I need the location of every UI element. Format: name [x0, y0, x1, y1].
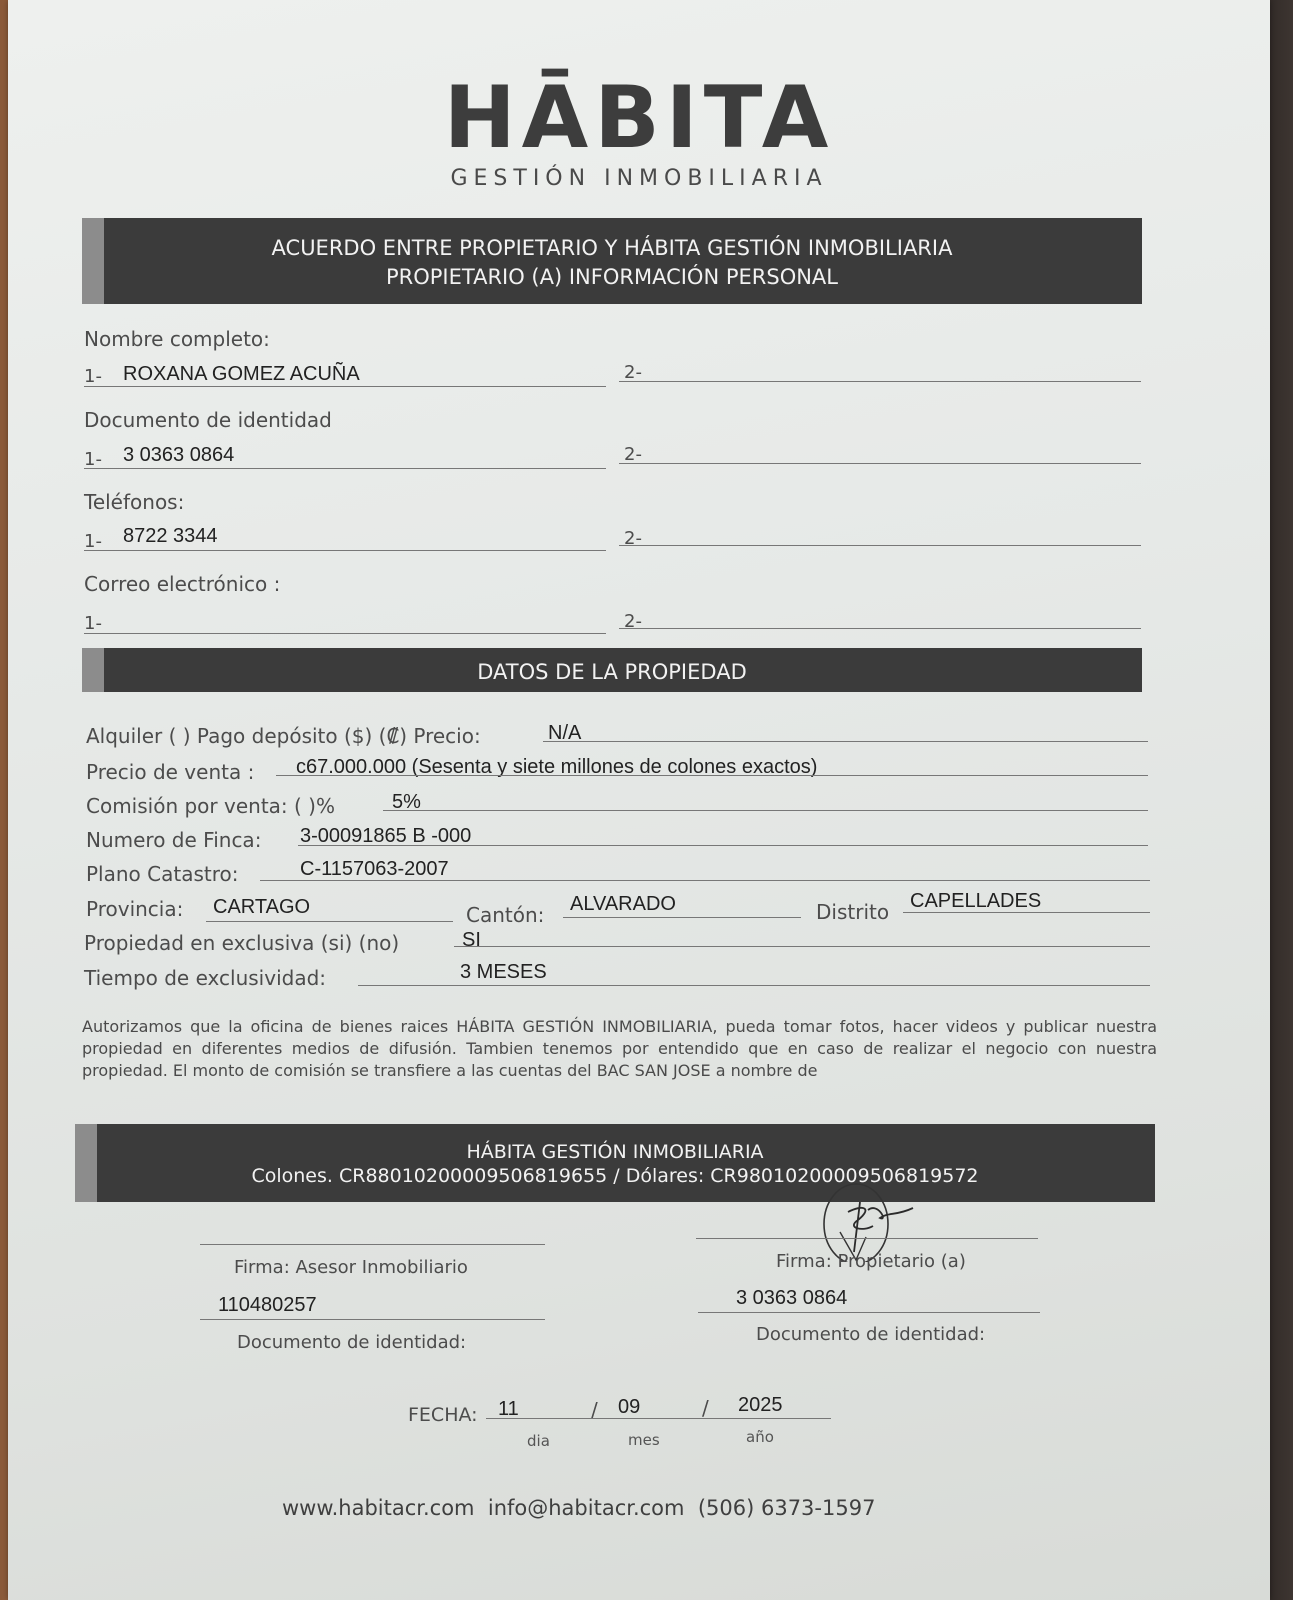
- agreement-header-band: ACUERDO ENTRE PROPIETARIO Y HÁBITA GESTI…: [82, 218, 1142, 304]
- finca-label: Numero de Finca:: [86, 828, 261, 852]
- logo-wordmark: HĀBITA: [8, 72, 1270, 164]
- id-label: Documento de identidad: [84, 408, 332, 432]
- full-name-label: Nombre completo:: [84, 327, 270, 351]
- property-data-band: DATOS DE LA PROPIEDAD: [82, 648, 1142, 692]
- rent-label: Alquiler ( ) Pago depósito ($) (₡) Preci…: [86, 724, 481, 748]
- date-month-field[interactable]: 09: [618, 1396, 640, 1419]
- owner-id-field[interactable]: 3 0363 0864: [736, 1287, 847, 1310]
- date-underline: [486, 1418, 831, 1419]
- bank-company-name: HÁBITA GESTIÓN INMOBILIARIA: [75, 1140, 1155, 1164]
- exclusive-time-field[interactable]: 3 MESES: [460, 961, 547, 984]
- id-1-prefix: 1-: [84, 449, 102, 470]
- footer-email-link[interactable]: info@habitacr.com: [488, 1496, 685, 1520]
- phone-1-prefix: 1-: [84, 531, 102, 552]
- email-2-underline: [619, 628, 1141, 629]
- owner-phone-1-field[interactable]: 8722 3344: [123, 525, 218, 548]
- year-caption: año: [746, 1428, 774, 1446]
- provincia-label: Provincia:: [86, 897, 183, 921]
- id-2-prefix: 2-: [624, 444, 642, 465]
- phone-1-underline: [84, 550, 606, 551]
- distrito-underline: [903, 912, 1150, 913]
- exclusive-field[interactable]: SI: [462, 929, 481, 952]
- day-caption: dia: [527, 1432, 550, 1450]
- plano-label: Plano Catastro:: [86, 862, 238, 886]
- phone-2-underline: [619, 545, 1141, 546]
- id-2-underline: [619, 463, 1141, 464]
- month-caption: mes: [628, 1431, 660, 1449]
- exclusive-underline: [454, 946, 1150, 947]
- email-label: Correo electrónico :: [84, 572, 280, 596]
- provincia-underline: [206, 921, 453, 922]
- agreement-title: ACUERDO ENTRE PROPIETARIO Y HÁBITA GESTI…: [82, 234, 1142, 263]
- plano-catastro-field[interactable]: C-1157063-2007: [300, 858, 449, 881]
- bank-accounts-band: HÁBITA GESTIÓN INMOBILIARIA Colones. CR8…: [75, 1124, 1155, 1202]
- document-page: HĀBITA GESTIÓN INMOBILIARIA ACUERDO ENTR…: [8, 0, 1270, 1600]
- name-2-prefix: 2-: [624, 362, 642, 383]
- footer-website-link[interactable]: www.habitacr.com: [282, 1496, 475, 1520]
- date-year-field[interactable]: 2025: [738, 1394, 783, 1417]
- advisor-signature-line[interactable]: [200, 1244, 545, 1245]
- canton-label: Cantón:: [466, 903, 544, 927]
- advisor-id-field[interactable]: 110480257: [218, 1294, 317, 1317]
- owner-signature-icon: [818, 1182, 928, 1262]
- owner-id-underline: [698, 1312, 1040, 1313]
- sale-price-label: Precio de venta :: [86, 760, 254, 784]
- authorization-paragraph: Autorizamos que la oficina de bienes rai…: [82, 1016, 1157, 1082]
- phones-label: Teléfonos:: [84, 490, 184, 514]
- logo-tagline: GESTIÓN INMOBILIARIA: [8, 166, 1270, 191]
- commission-underline: [383, 810, 1148, 811]
- exclusive-label: Propiedad en exclusiva (si) (no): [84, 931, 399, 955]
- email-1-underline: [84, 633, 606, 634]
- name-1-prefix: 1-: [84, 366, 102, 387]
- provincia-field[interactable]: CARTAGO: [213, 896, 310, 919]
- personal-info-title: PROPIETARIO (A) INFORMACIÓN PERSONAL: [82, 263, 1142, 292]
- finca-underline: [298, 845, 1148, 846]
- sale-price-underline: [276, 775, 1148, 776]
- date-label: FECHA:: [408, 1404, 478, 1426]
- exclusive-time-underline: [358, 985, 1150, 986]
- name-2-underline: [619, 381, 1141, 382]
- footer-phone: (506) 6373-1597: [698, 1496, 876, 1520]
- email-1-prefix: 1-: [84, 613, 102, 634]
- rent-underline: [543, 741, 1148, 742]
- advisor-id-label: Documento de identidad:: [237, 1332, 466, 1353]
- owner-signature-label: Firma: Propietario (a): [776, 1251, 966, 1272]
- owner-id-1-field[interactable]: 3 0363 0864: [123, 444, 234, 467]
- owner-name-1-field[interactable]: ROXANA GOMEZ ACUÑA: [123, 363, 360, 386]
- company-logo: HĀBITA GESTIÓN INMOBILIARIA: [8, 72, 1270, 191]
- commission-label: Comisión por venta: ( )%: [86, 794, 335, 818]
- date-sep-2: /: [702, 1396, 709, 1420]
- owner-signature-line[interactable]: [696, 1238, 1038, 1239]
- distrito-field[interactable]: CAPELLADES: [910, 890, 1041, 913]
- bank-account-numbers: Colones. CR88010200009506819655 / Dólare…: [75, 1164, 1155, 1188]
- name-1-underline: [84, 386, 606, 387]
- distrito-label: Distrito: [816, 900, 889, 924]
- id-1-underline: [84, 468, 606, 469]
- advisor-signature-label: Firma: Asesor Inmobiliario: [234, 1257, 468, 1278]
- canton-underline: [563, 917, 801, 918]
- plano-underline: [260, 880, 1150, 881]
- property-data-title: DATOS DE LA PROPIEDAD: [82, 658, 1142, 687]
- advisor-id-underline: [200, 1319, 545, 1320]
- exclusive-time-label: Tiempo de exclusividad:: [84, 966, 326, 990]
- canton-field[interactable]: ALVARADO: [570, 893, 676, 916]
- owner-id-label: Documento de identidad:: [756, 1324, 985, 1345]
- footer-contact: www.habitacr.com info@habitacr.com (506)…: [282, 1496, 875, 1520]
